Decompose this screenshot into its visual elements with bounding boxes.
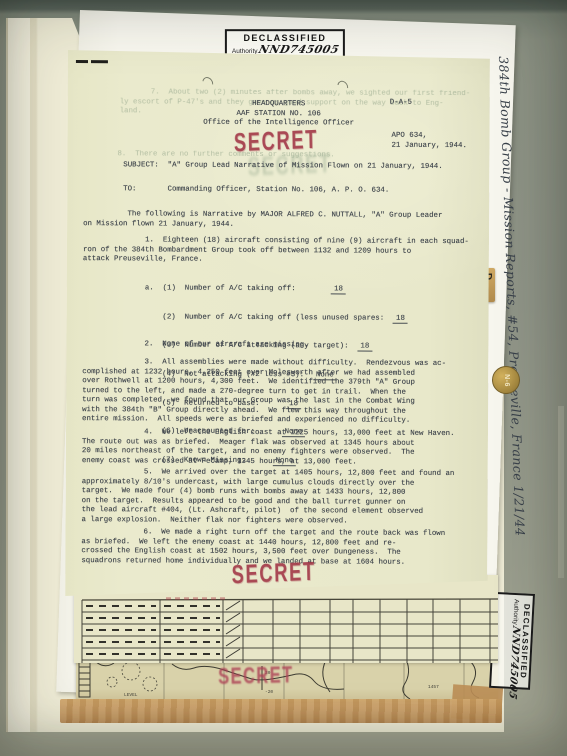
date-line: 21 January, 1944. [391,141,466,149]
header-line: HEADQUARTERS [252,100,305,108]
intro-paragraph: The following is Narrative by MAJOR ALFR… [83,210,442,231]
staple-mark [76,60,108,63]
subject-line: SUBJECT: "A" Group Lead Narrative of Mis… [83,161,442,172]
declassified-stamp-title: DECLASSIFIED [232,33,338,43]
secret-stamp-bottom: SECRET [231,557,316,591]
grid-form-lines [74,597,498,663]
gold-seal-sticker: N-6 [492,366,520,394]
document-header: HEADQUARTERS AAF STATION NO. 106 Office … [68,99,490,130]
map-label-level: LEVEL [124,692,138,698]
apo-line: APO 634, [392,132,428,140]
authority-number: NND745005 [507,625,522,701]
secret-stamp-map: SECRET [218,663,294,691]
tape-strip [60,699,502,723]
gold-seal-label: N-6 [503,374,510,387]
map-page-strip: LEVEL 1457 -20 30 SECRET [76,658,498,702]
photo-of-document: DECLASSIFIED Authority NND745005 384th B… [0,0,567,756]
authority-label: Authority [511,599,519,625]
list-item-value: 18 [357,343,372,352]
date-block: APO 634, 21 January, 1944. [391,132,467,151]
photo-edge-sliver [558,406,564,578]
paragraph-4: 4. We left the English coast at 1225 hou… [82,428,455,468]
list-item-value: 18 [393,314,408,323]
paragraph-1: 1. Eighteen (18) aircraft consisting of … [83,236,469,267]
list-item: (2) Number of A/C taking off (less unuse… [83,313,408,324]
list-item: a. (1) Number of A/C taking off: 18 [83,284,408,295]
to-line: TO: Commanding Officer, Station No. 106,… [83,185,389,196]
list-item-label: (2) Number of A/C taking off (less unuse… [83,313,394,323]
mission-narrative-page: 7. About two (2) minutes after bombs awa… [65,50,490,598]
paragraph-5: 5. We arrived over the target at 1405 ho… [82,468,455,527]
header-line: AAF STATION NO. 106 [237,109,321,117]
paragraph-3: 3. All assemblies were made without diff… [82,358,446,427]
secret-stamp-top: SECRET [234,125,319,159]
map-label-num: 1457 [428,684,439,690]
paragraph-2: 2. None of our aircraft are missing. [82,340,308,351]
list-item-label: a. (1) Number of A/C taking off: [83,284,331,293]
list-item-value: 18 [331,285,346,294]
